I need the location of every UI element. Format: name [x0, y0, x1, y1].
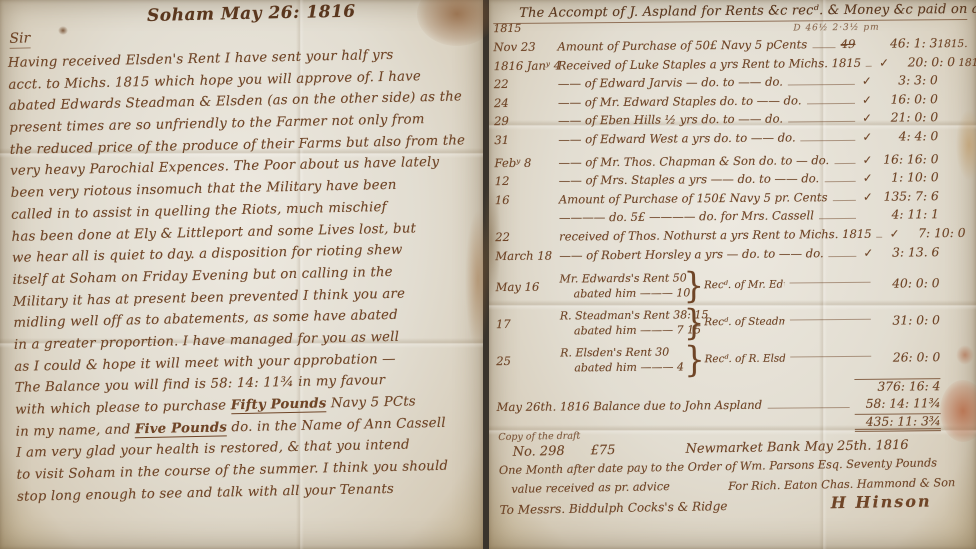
- rule-line: [767, 407, 849, 409]
- brace-glyph: }: [684, 341, 705, 376]
- row-desc: Received of Luke Staples a yrs Rent to M…: [558, 55, 862, 72]
- abatement-left: R. Steadman's Rent 38: 15abated him ——— …: [496, 307, 684, 339]
- interlined-calculation: D 46½ 2·3½ pm: [793, 23, 879, 34]
- subtotal-amount: 376: 16: 4: [854, 378, 940, 394]
- rule-line: [866, 65, 872, 66]
- row-amount: 26: 0: 0: [876, 350, 940, 365]
- rule-line: [788, 121, 855, 123]
- rule-line: [833, 200, 856, 201]
- rule-line: [806, 103, 855, 104]
- draft-bank-line: Newmarket Bank May 25th. 1816: [685, 438, 908, 457]
- name-pre: in my name, and: [16, 422, 136, 439]
- tick-mark: ✓: [860, 111, 874, 125]
- rule-line: [819, 218, 856, 219]
- brace-glyph: }: [683, 267, 704, 302]
- row-amount: 21: 0: 0: [874, 111, 938, 126]
- row-desc: —— of Mr. Edward Staples do. to —— do.: [558, 93, 802, 109]
- rule-line: [829, 255, 857, 256]
- row-amount: 16: 16: 0: [874, 152, 938, 167]
- letter-body: Having received Elsden's Rent I have sen…: [8, 43, 479, 508]
- tick-mark: ✓: [861, 190, 875, 204]
- ledger-abatement-row: May 16 Mr. Edwards's Rent 50abated him —…: [495, 265, 969, 304]
- rule-line: [877, 237, 883, 238]
- draft-number: No. 298: [513, 444, 565, 460]
- row-amount: 46: 1: 3: [873, 36, 937, 51]
- row-date: 29: [494, 114, 558, 129]
- row-amount: 4: 4: 0: [874, 129, 938, 144]
- rule-line: [790, 318, 871, 320]
- ledger-margin-year: 1815: [493, 22, 521, 35]
- rule-line: [790, 281, 871, 283]
- row-date: [495, 222, 559, 223]
- row-desc: —— of Mrs. Staples a yrs —— do. to —— do…: [559, 171, 820, 187]
- row-date: Nov 23: [493, 40, 557, 55]
- balance-amount: 58: 14: 11¾: [855, 396, 941, 411]
- row-date: 1816 Janʸ 4: [494, 58, 558, 73]
- row-amount: 16: 0: 0: [874, 92, 938, 107]
- row-amount: 135: 7: 6: [875, 189, 939, 204]
- row-desc: —— of Robert Horsley a yrs — do. to —— d…: [559, 246, 823, 262]
- row-desc: —— of Edward Jarvis — do. to —— do.: [558, 75, 783, 91]
- abated-line: abated him ——— 4: [560, 360, 684, 374]
- row-date: 17: [496, 317, 511, 331]
- rule-line: [788, 84, 855, 86]
- manuscript-scan: Soham May 26: 1816 Sir Having received E…: [0, 0, 976, 549]
- row-date: 22: [495, 229, 559, 244]
- received-text: Recᵈ. of R. Elsden a yrs Rent to dº: [705, 352, 786, 365]
- abated-line: abated him ——— 7 15: [560, 323, 701, 337]
- row-amount: 4: 11: 1: [875, 208, 939, 223]
- row-date: 31: [494, 132, 558, 147]
- ledger-rows: Nov 23Amount of Purchase of 50£ Navy 5 p…: [493, 36, 970, 435]
- tick-mark: ✓: [861, 171, 875, 185]
- row-date: May 16: [496, 279, 540, 293]
- row-date: 25: [496, 354, 511, 368]
- letter-dateline: Soham May 26: 1816: [147, 0, 469, 26]
- row-year: 1816: [955, 56, 976, 68]
- row-desc: —— of Mr. Thos. Chapman & Son do. to — d…: [558, 153, 829, 169]
- abated-line: abated him ——— 10: [560, 286, 691, 300]
- brace-glyph: }: [684, 304, 705, 339]
- received-text: Recᵈ. of Steadman a yrs Rent to dº: [704, 315, 785, 328]
- row-amount: 7: 10: 0: [901, 226, 965, 241]
- rule-line: [834, 162, 855, 163]
- rent-line: R. Elsden's Rent 30: [560, 345, 669, 359]
- tick-mark: ✓: [860, 93, 874, 107]
- struck-figure: 49: [841, 37, 856, 51]
- letter-page: Soham May 26: 1816 Sir Having received E…: [0, 0, 483, 549]
- tick-mark: ✓: [887, 226, 901, 240]
- spacer: [497, 391, 855, 394]
- tick-mark: ✓: [877, 55, 891, 69]
- ledger-abatement-row: 25 R. Elsden's Rent 30abated him ——— 4 }…: [496, 339, 970, 378]
- ledger-row: 31—— of Edward West a yrs do. to —— do.✓…: [494, 129, 968, 152]
- abatement-left: R. Elsden's Rent 30abated him ——— 4: [496, 344, 684, 376]
- received-text: Recᵈ. of Mr. Edwards a yrs Rent to dº: [704, 278, 785, 291]
- tick-mark: ✓: [861, 245, 875, 259]
- row-date: 24: [494, 95, 558, 110]
- row-amount: 40: 0: 0: [876, 276, 940, 291]
- row-desc: received of Thos. Nothurst a yrs Rent to…: [559, 227, 872, 244]
- tick-mark: ✓: [860, 130, 874, 144]
- ledger-content: The Accompt of J. Aspland for Rents &c r…: [493, 2, 971, 435]
- row-desc: ———— do. 5£ ———— do. for Mrs. Cassell: [559, 209, 814, 225]
- purchase-pre: with which please to purchase: [15, 398, 231, 418]
- row-desc: —— of Eben Hills ½ yrs do. to —— do.: [558, 112, 783, 128]
- tick-mark: ✓: [860, 152, 874, 166]
- rule-line: [801, 140, 856, 141]
- row-desc: Amount of Purchase of 150£ Navy 5 pr. Ce…: [559, 190, 828, 206]
- name-underlined-sum: Five Pounds: [135, 420, 227, 438]
- rule-line: [812, 47, 836, 48]
- ledger-heading: The Accompt of J. Aspland for Rents &c r…: [493, 2, 967, 24]
- row-amount: 20: 0: 0: [891, 55, 955, 70]
- rent-line: Mr. Edwards's Rent 50: [559, 271, 686, 285]
- row-amount: 1: 10: 0: [875, 170, 939, 185]
- tick-mark: ✓: [860, 74, 874, 88]
- purchase-post: Navy 5 PCts: [326, 394, 416, 411]
- ledger-page: The Accompt of J. Aspland for Rents &c r…: [489, 0, 976, 549]
- row-amount: 3: 13. 6: [875, 245, 939, 260]
- row-date: March 18: [495, 248, 559, 263]
- row-desc: —— of Edward West a yrs do. to —— do.: [558, 130, 795, 146]
- balance-text: Balance due to John Aspland: [593, 397, 762, 412]
- row-amount: 31: 0: 0: [876, 313, 940, 328]
- name-post: do. in the Name of Ann Cassell: [227, 415, 446, 435]
- row-date: 12: [495, 174, 559, 189]
- ledger-row: March 18—— of Robert Horsley a yrs — do.…: [495, 244, 969, 267]
- ledger-abatement-row: 17 R. Steadman's Rent 38: 15abated him —…: [496, 302, 970, 341]
- row-date: 16: [495, 192, 559, 207]
- balance-date: May 26th. 1816: [497, 399, 590, 414]
- signature: H Hinson: [831, 491, 962, 512]
- row-year: 1815.: [937, 38, 967, 50]
- rule-line: [824, 181, 855, 182]
- draft-copy: Copy of the draft No. 298 £75 Newmarket …: [498, 424, 961, 518]
- purchase-underlined-sum: Fifty Pounds: [231, 396, 327, 414]
- letter-content: Soham May 26: 1816 Sir Having received E…: [7, 0, 479, 508]
- letter-salutation: Sir: [9, 30, 30, 48]
- row-date: 22: [494, 77, 558, 92]
- row-date: Febʸ 8: [494, 155, 558, 170]
- draft-to-line: To Messrs. Biddulph Cocks's & Ridge: [500, 497, 831, 517]
- rule-line: [790, 355, 871, 357]
- row-amount: 3: 3: 0: [874, 73, 938, 88]
- draft-amount: £75: [591, 443, 616, 458]
- row-desc: Amount of Purchase of 50£ Navy 5 pCents: [557, 37, 807, 53]
